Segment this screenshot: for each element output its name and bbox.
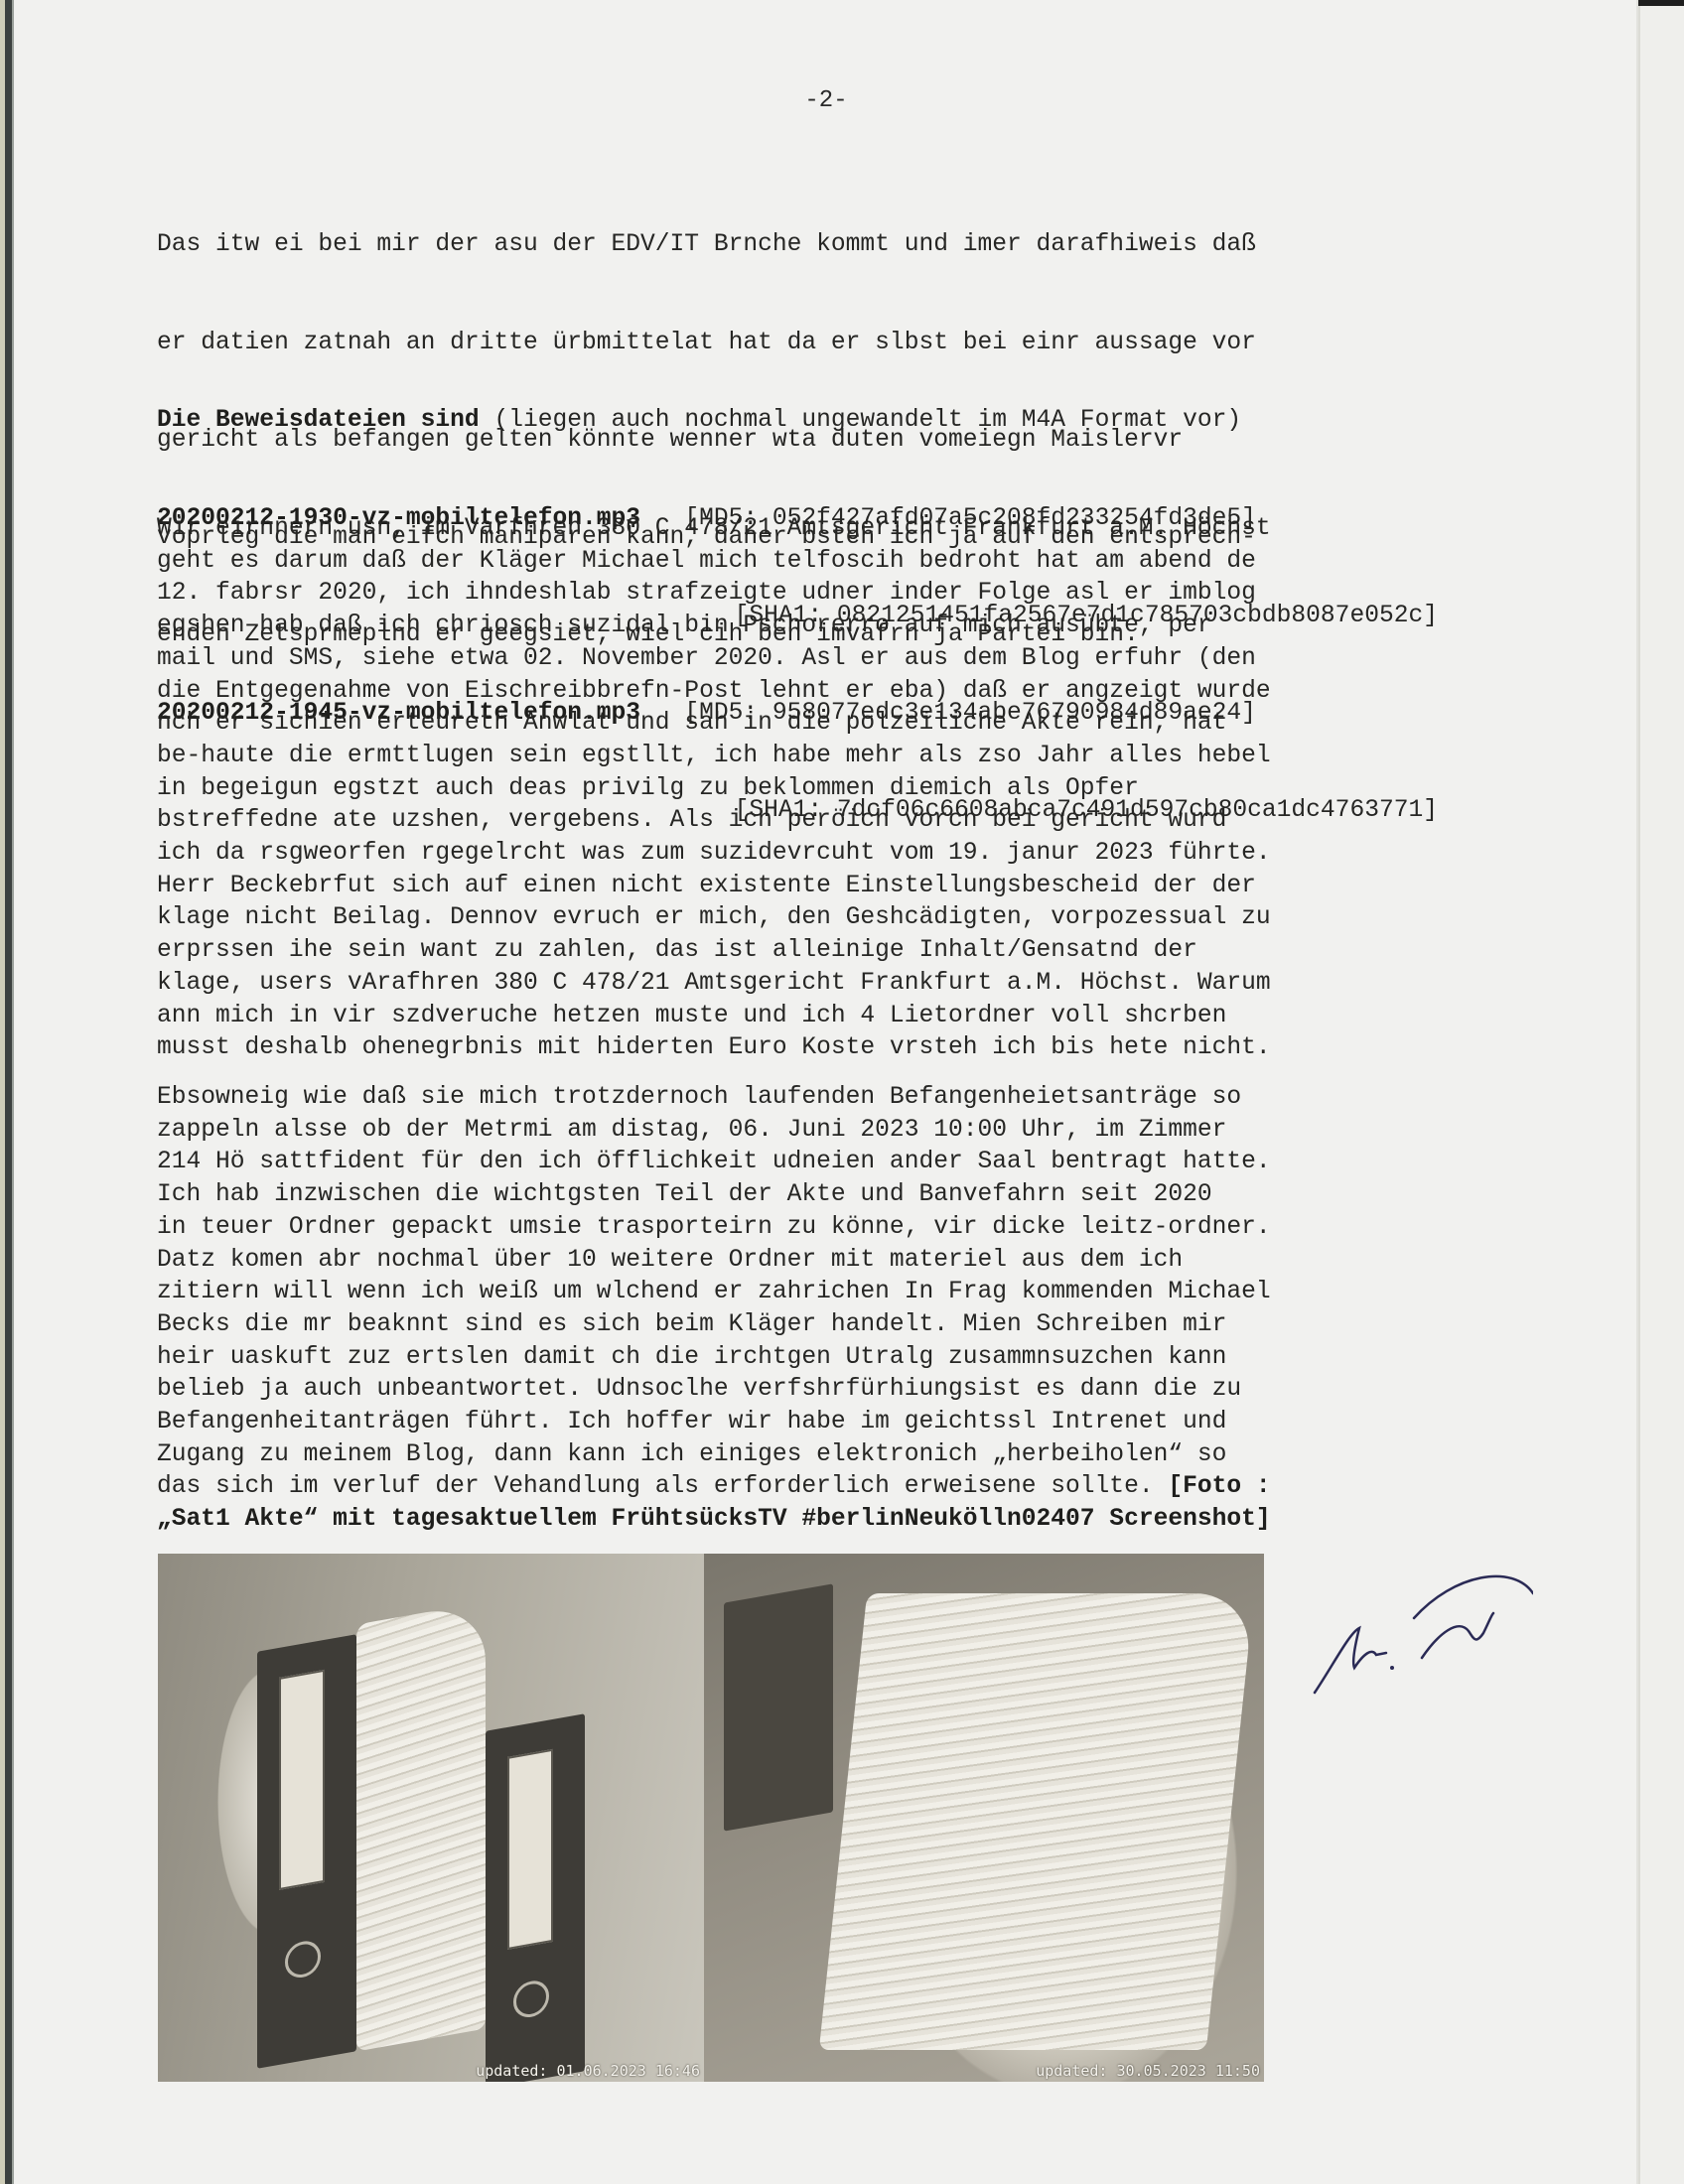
photo-timestamp: updated: 01.06.2023 16:46: [476, 2062, 700, 2080]
binder-right: [486, 1713, 585, 2082]
paragraph-case-history: Wir eirnnern usn, im Varfhren 380 C 478/…: [157, 513, 1517, 1065]
text-line: klage, users vArafhren 380 C 478/21 Amts…: [157, 968, 1517, 1001]
photo-pair: updated: 01.06.2023 16:46 updated: 30.05…: [158, 1554, 1264, 2082]
signature: [1295, 1554, 1533, 1712]
binder-left: [257, 1634, 356, 2069]
page-number: -2-: [14, 87, 1638, 114]
photo-paper-stack: updated: 30.05.2023 11:50: [704, 1554, 1264, 2082]
text-line: in begeigun egstzt auch deas privilg zu …: [157, 773, 1517, 806]
text-line: erprssen ihe sein want zu zahlen, das is…: [157, 935, 1517, 968]
text-line: das sich im verluf der Vehandlung als er…: [157, 1471, 1517, 1504]
text-line: ann mich in vir szdveruche hetzen muste …: [157, 1001, 1517, 1033]
evidence-heading-line: Die Beweisdateien sind (liegen auch noch…: [157, 405, 1517, 438]
text-line: bstreffedne ate uzshen, vergebens. Als i…: [157, 805, 1517, 838]
text-line: zitiern will wenn ich weiß um wlchend er…: [157, 1277, 1517, 1309]
evidence-heading: Die Beweisdateien sind: [157, 407, 480, 434]
text-line: belieb ja auch unbeantwortet. Udnsoclhe …: [157, 1374, 1517, 1407]
text-line: ich da rsgweorfen rgegelrcht was zum suz…: [157, 838, 1517, 871]
text-line: heir uaskuft zuz ertslen damit ch die ir…: [157, 1342, 1517, 1375]
text-fragment: das sich im verluf der Vehandlung als er…: [157, 1473, 1168, 1500]
text-line: klage nicht Beilag. Dennov evruch er mic…: [157, 902, 1517, 935]
text-line: Datz komen abr nochmal über 10 weitere O…: [157, 1245, 1517, 1278]
text-line: in teuer Ordner gepackt umsie trasportei…: [157, 1212, 1517, 1245]
text-line: 12. fabrsr 2020, ich ihndeshlab strafzei…: [157, 578, 1517, 611]
text-line: geht es darum daß der Kläger Michael mic…: [157, 546, 1517, 579]
next-page-edge: [1638, 6, 1684, 2184]
text-line: egshen hab daß ich chriosch suzidal bin …: [157, 611, 1517, 643]
text-line: be-haute die ermttlugen sein egstllt, ic…: [157, 741, 1517, 773]
text-line: Das itw ei bei mir der asu der EDV/IT Br…: [157, 229, 1517, 262]
text-line: 214 Hö sattfident für den ich öfflichkei…: [157, 1147, 1517, 1179]
document-page: -2- Das itw ei bei mir der asu der EDV/I…: [14, 0, 1638, 2184]
photo-binders: updated: 01.06.2023 16:46: [158, 1554, 704, 2082]
text-line: Becks die mr beaknnt sind es sich beim K…: [157, 1309, 1517, 1342]
text-line: Ebsowneig wie daß sie mich trotzdernoch …: [157, 1082, 1517, 1115]
text-line: Wir eirnnern usn, im Varfhren 380 C 478/…: [157, 513, 1517, 546]
text-line: mail und SMS, siehe etwa 02. November 20…: [157, 643, 1517, 676]
paper-pile: [819, 1593, 1254, 2050]
text-line: Befangenheitanträgen führt. Ich hoffer w…: [157, 1407, 1517, 1439]
text-line: zappeln alsse ob der Metrmi am distag, 0…: [157, 1115, 1517, 1148]
photo-reference: „Sat1 Akte“ mit tagesaktuellem Frühtsück…: [157, 1504, 1517, 1537]
text-line: Ich hab inzwischen die wichtgsten Teil d…: [157, 1179, 1517, 1212]
photo-timestamp: updated: 30.05.2023 11:50: [1036, 2062, 1260, 2080]
text-line: Herr Beckebrfut sich auf einen nicht exi…: [157, 871, 1517, 903]
background-binder: [724, 1583, 833, 1831]
photo-reference-start: [Foto :: [1168, 1473, 1270, 1500]
binder-paper-contents: [356, 1602, 486, 2052]
paragraph-hearing: Ebsowneig wie daß sie mich trotzdernoch …: [157, 1082, 1517, 1537]
text-line: Zugang zu meinem Blog, dann kann ich ein…: [157, 1439, 1517, 1472]
evidence-note: (liegen auch nochmal ungewandelt im M4A …: [480, 407, 1241, 434]
text-line: die Entgegenahme von Eischreibbrefn-Post…: [157, 676, 1517, 709]
scanner-edge: [0, 0, 14, 2184]
text-line: musst deshalb ohenegrbnis mit hiderten E…: [157, 1032, 1517, 1065]
text-line: nch er sichien erteuretn Anwlat und sah …: [157, 708, 1517, 741]
